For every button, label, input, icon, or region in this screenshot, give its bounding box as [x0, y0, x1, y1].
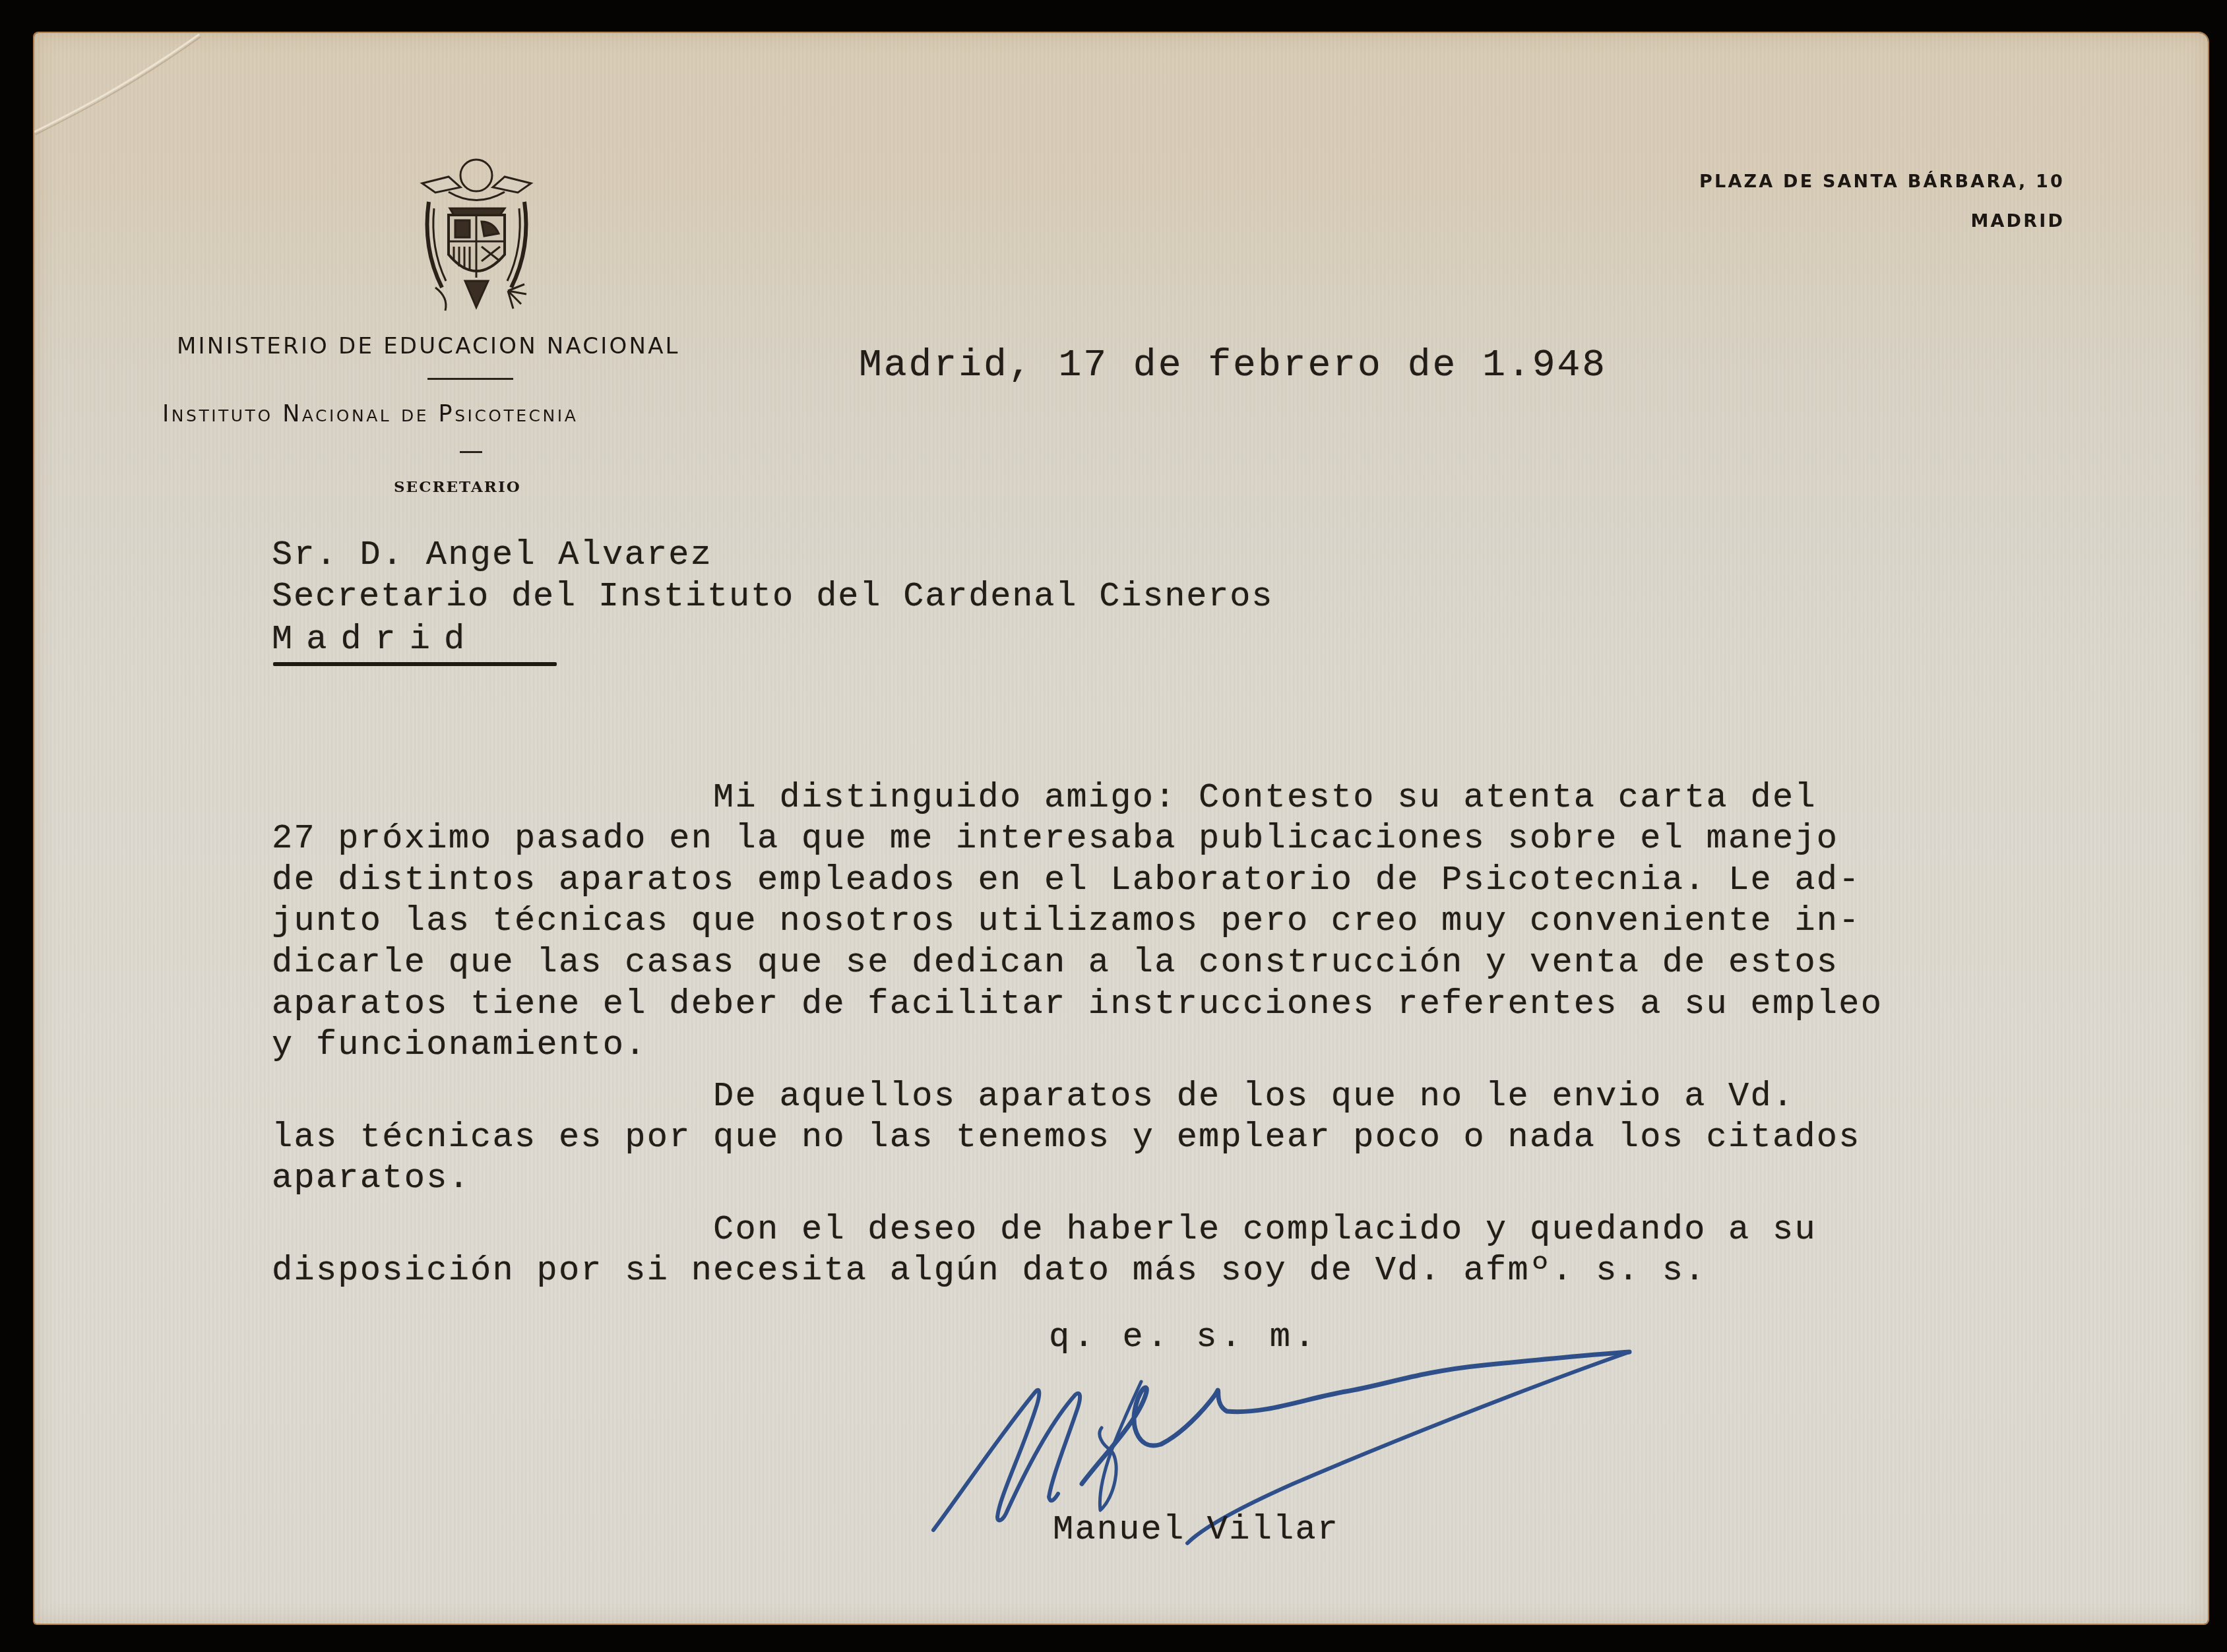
recipient-title: Secretario del Instituto del Cardenal Ci…: [272, 577, 1273, 616]
signer-name: Manuel Villar: [1053, 1510, 1339, 1549]
letterhead-divider: [460, 451, 482, 453]
body-line: junto las técnicas que nosotros utilizam…: [272, 902, 1861, 940]
body-line: Con el deseo de haberle complacido y que…: [272, 1210, 1817, 1249]
letterhead-address: PLAZA DE SANTA BÁRBARA, 10: [1699, 171, 2065, 192]
date-line: Madrid, 17 de febrero de 1.948: [859, 344, 1607, 387]
recipient-city-underline: [273, 662, 557, 666]
letterhead-divider: [427, 378, 513, 380]
body-line: Mi distinguido amigo: Contesto su atenta…: [272, 778, 1817, 817]
body-line: De aquellos aparatos de los que no le en…: [272, 1077, 1794, 1116]
recipient-name: Sr. D. Angel Alvarez: [272, 535, 712, 574]
body-line: 27 próximo pasado en la que me interesab…: [272, 819, 1838, 858]
coat-of-arms-icon: [416, 156, 538, 314]
body-line: aparatos.: [272, 1159, 470, 1198]
letterhead-department: SECRETARIO: [394, 478, 521, 496]
body-line: disposición por si necesita algún dato m…: [272, 1251, 1707, 1290]
body-line: aparatos tiene el deber de facilitar ins…: [272, 985, 1883, 1024]
body-line: dicarle que las casas que se dedican a l…: [272, 943, 1838, 982]
letterhead-institute: Instituto Nacional de Psicotecnia: [162, 401, 578, 427]
body-line: las técnicas es por que no las tenemos y…: [272, 1118, 1861, 1157]
body-line: de distintos aparatos empleados en el La…: [272, 861, 1861, 900]
letterhead-ministry: MINISTERIO DE EDUCACION NACIONAL: [177, 333, 680, 359]
letterhead-city: MADRID: [1970, 211, 2065, 231]
recipient-city: Madrid: [272, 620, 478, 659]
body-line: y funcionamiento.: [272, 1025, 647, 1064]
